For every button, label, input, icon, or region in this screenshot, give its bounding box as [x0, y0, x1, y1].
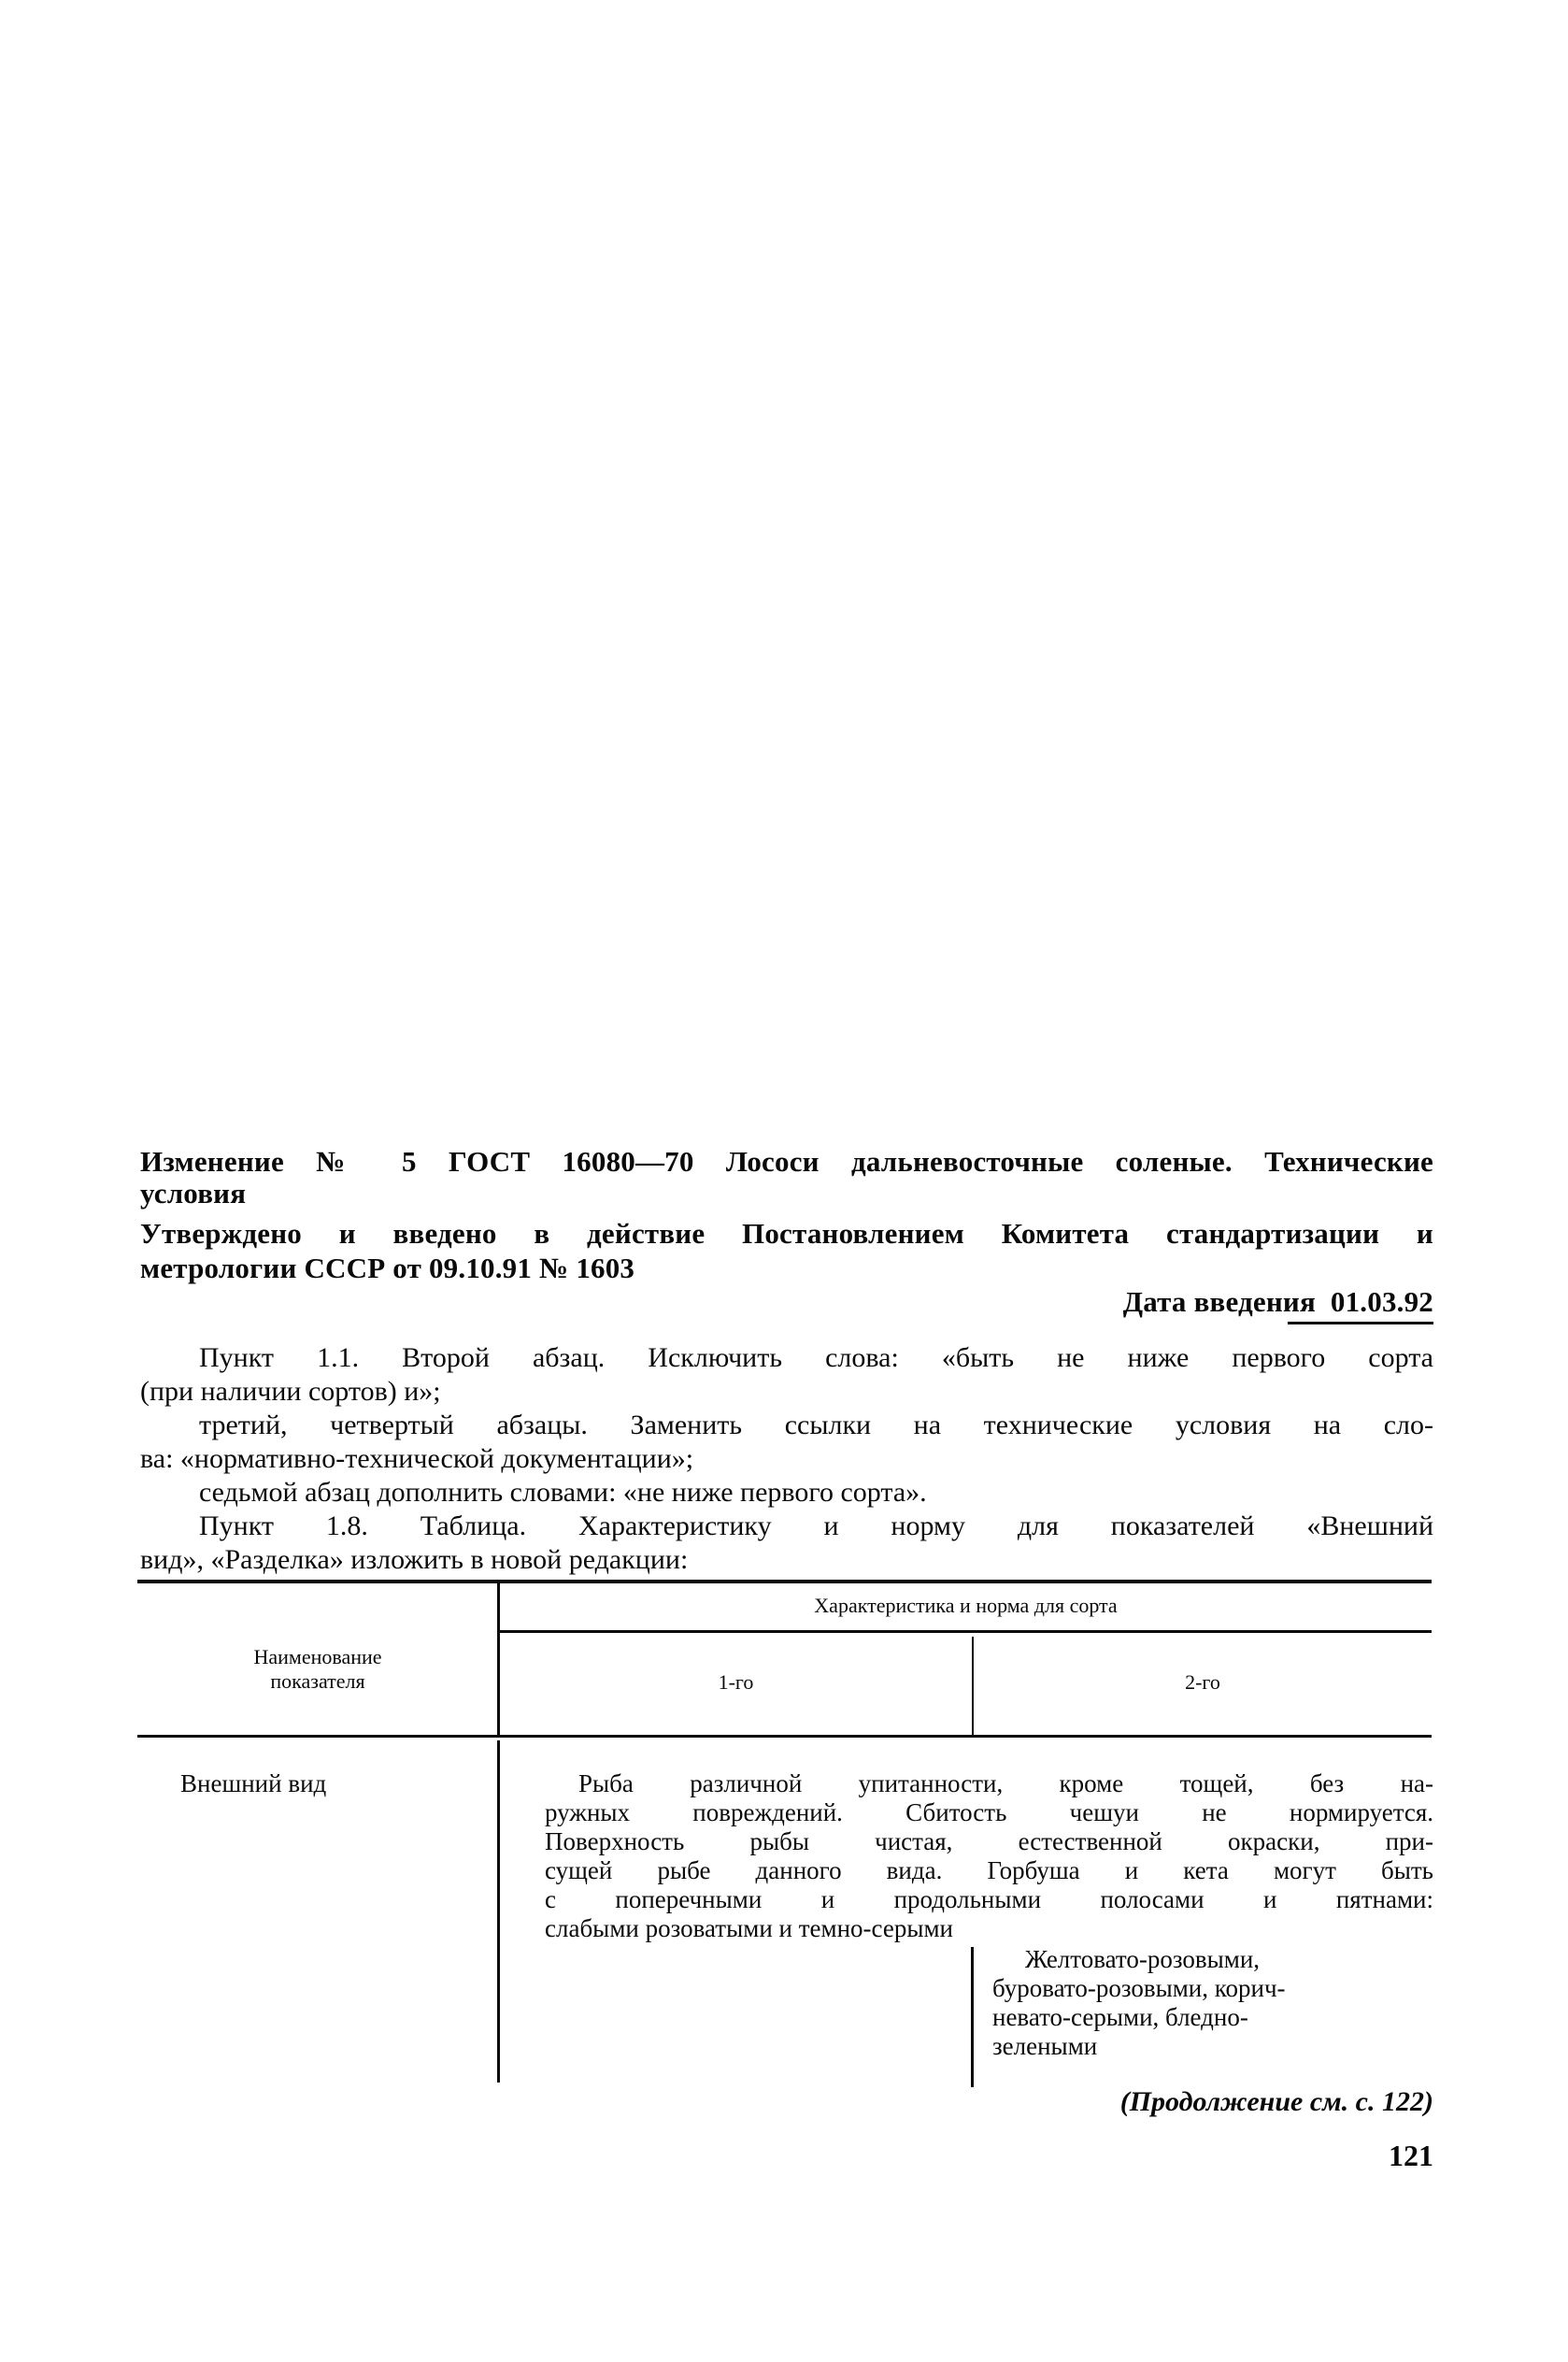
date-underline — [1288, 1322, 1433, 1324]
paragraph-2-line-1: третий, четвертый абзацы. Заменить ссылк… — [199, 1410, 1433, 1441]
header-grade-1: 1-го — [500, 1670, 972, 1695]
body-grade-divider — [971, 1947, 974, 2087]
effective-date-label: Дата введения — [1123, 1285, 1316, 1318]
approval-line1: Утверждено и введено в действие Постанов… — [140, 1218, 1433, 1250]
header-grade-2: 2-го — [974, 1670, 1432, 1695]
table-subheader-rule — [498, 1630, 1432, 1633]
row-indicator-name: Внешний вид — [180, 1769, 326, 1798]
paragraph-2-line-2: ва: «нормативно-технической документации… — [140, 1443, 693, 1475]
paragraph-1-line-1: Пункт 1.1. Второй абзац. Исключить слова… — [199, 1342, 1433, 1374]
header-group-label: Характеристика и норма для сорта — [500, 1594, 1432, 1618]
header-indicator-name: Наименование показателя — [137, 1645, 498, 1694]
change-title-line2: условия — [140, 1178, 246, 1210]
approval-line2: метрологии СССР от 09.10.91 № 1603 — [140, 1253, 634, 1284]
approval-statement: Утверждено и введено в действие Постанов… — [140, 1218, 1433, 1250]
table-top-rule — [137, 1580, 1432, 1583]
continuation-note: (Продолжение см. с. 122) — [1120, 2086, 1433, 2118]
row-common-description: Рыба различной упитанности, кроме тощей,… — [545, 1769, 1433, 1943]
paragraph-3-line-1: седьмой абзац дополнить словами: «не ниж… — [199, 1477, 927, 1509]
effective-date-value: 01.03.92 — [1331, 1285, 1433, 1318]
change-title: Изменение № 5 ГОСТ 16080—70 Лососи дальн… — [140, 1146, 1433, 1178]
table-header-bottom-rule — [137, 1735, 1432, 1738]
row-grade2-description: Желтовато-розовыми, буровато-розовыми, к… — [992, 1945, 1286, 2061]
effective-date: Дата введения 01.03.92 — [1123, 1286, 1433, 1318]
paragraph-1-line-2: (при наличии сортов) и»; — [140, 1376, 441, 1408]
body-indicator-divider — [497, 1740, 500, 2083]
page-number: 121 — [1389, 2139, 1433, 2173]
change-title-line1: Изменение № 5 ГОСТ 16080—70 Лососи дальн… — [140, 1146, 1433, 1178]
paragraph-4-line-2: вид», «Разделка» изложить в новой редакц… — [140, 1544, 688, 1576]
paragraph-4-line-1: Пункт 1.8. Таблица. Характеристику и нор… — [199, 1510, 1433, 1542]
